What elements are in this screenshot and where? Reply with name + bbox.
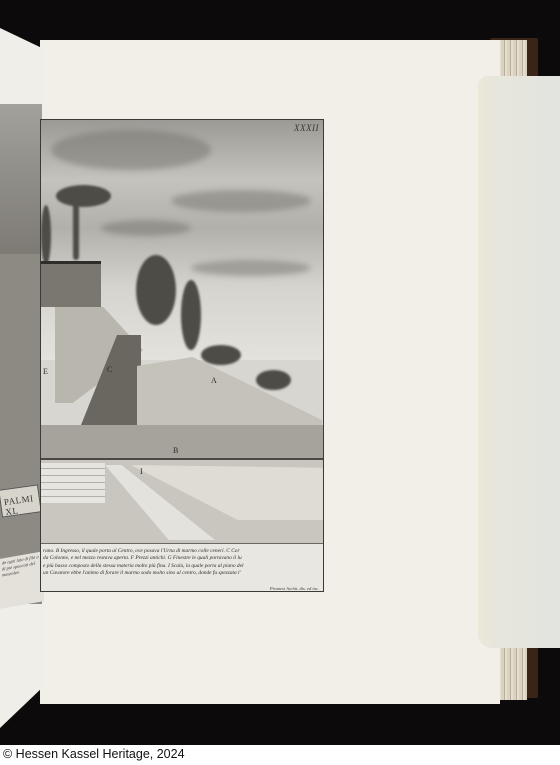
brick-wall [41, 463, 105, 503]
shrub-icon [136, 255, 176, 325]
caption-line: un Cavatore ebbe l'animo di forare il ma… [43, 570, 323, 577]
umbrella-pine-icon [56, 185, 111, 207]
pine-trunk [73, 200, 79, 260]
left-plate-sky [0, 104, 42, 254]
wall-b [41, 425, 323, 460]
palmi-tablet: PALMI XL [0, 484, 42, 517]
bush-icon [201, 345, 241, 365]
left-plate-fragment [0, 104, 42, 604]
label-b: B [173, 446, 178, 455]
cloud [171, 190, 311, 212]
cloud [101, 220, 191, 236]
label-a: A [211, 376, 217, 385]
caption-line: rano. B Ingresso, il quale porta al Cent… [43, 548, 323, 555]
caption-area: rano. B Ingresso, il quale porta al Cent… [41, 543, 323, 592]
label-i: I [140, 467, 143, 476]
ruined-structure [41, 261, 101, 307]
left-caption: de ogni lato di fila a di pie spaccati d… [0, 551, 44, 609]
caption-line: da Colonne, e nel mezzo restava aperta. … [43, 555, 323, 562]
book-photograph: PALMI XL de ogni lato di fila a di pie s… [0, 0, 560, 745]
copyright-text: © Hessen Kassel Heritage, 2024 [3, 747, 185, 761]
engraver-signature: Piranesi Archit. dis. ed inc. [270, 586, 319, 591]
bush-icon [256, 370, 291, 390]
tissue-interleaf [478, 76, 560, 648]
engraved-plate: XXXII A B C E I rano. B Ingresso, il qua… [40, 119, 324, 592]
caption: rano. B Ingresso, il quale porta al Cent… [43, 548, 323, 578]
label-c: C [107, 365, 112, 374]
plate-number: XXXII [294, 123, 319, 133]
cypress-icon [41, 205, 51, 265]
cloud [51, 130, 211, 170]
label-e: E [43, 367, 48, 376]
shrub-icon [181, 280, 201, 350]
credit-bar: © Hessen Kassel Heritage, 2024 [0, 745, 560, 765]
cloud [191, 260, 311, 276]
